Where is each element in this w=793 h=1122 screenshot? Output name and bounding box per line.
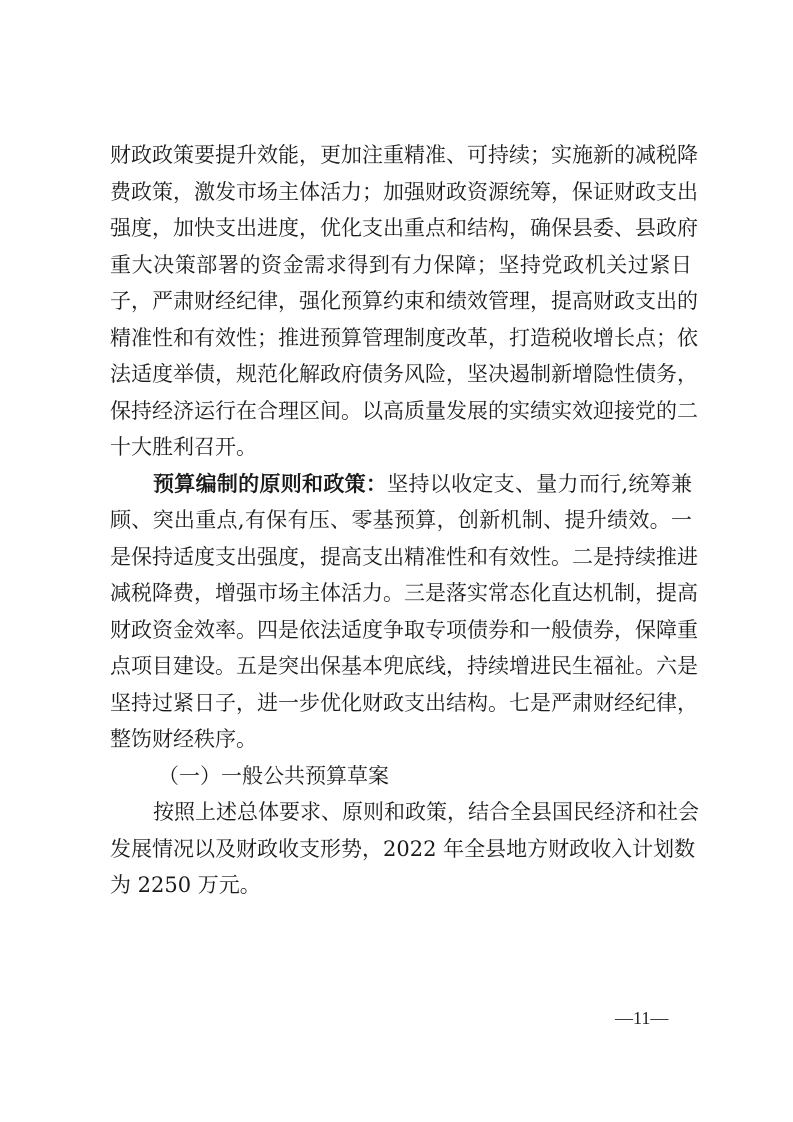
paragraph-fiscal-policy: 财政政策要提升效能，更加注重精准、可持续；实施新的减税降 费政策，激发市场主体活…	[110, 137, 692, 466]
text-line: 十大胜利召开。	[110, 429, 692, 466]
text-line: 减税降费，增强市场主体活力。三是落实常态化直达机制，提高	[110, 575, 692, 612]
text-line: 保持经济运行在合理区间。以高质量发展的实绩实效迎接党的二	[110, 393, 692, 430]
text-line: 按照上述总体要求、原则和政策，结合全县国民经济和社会	[110, 794, 692, 831]
text-line: 强度，加快支出进度，优化支出重点和结构，确保县委、县政府	[110, 210, 692, 247]
text-line: 顾、突出重点,有保有压、零基预算，创新机制、提升绩效。一	[110, 502, 692, 539]
text-line: 重大决策部署的资金需求得到有力保障；坚持党政机关过紧日	[110, 247, 692, 284]
page-number: —11—	[615, 1008, 668, 1029]
text-line: 发展情况以及财政收支形势，2022 年全县地方财政收入计划数	[110, 831, 692, 868]
text-line: 法适度举债，规范化解政府债务风险，坚决遏制新增隐性债务，	[110, 356, 692, 393]
text-line: 财政政策要提升效能，更加注重精准、可持续；实施新的减税降	[110, 137, 692, 174]
text-line: 坚持过紧日子，进一步优化财政支出结构。七是严肃财经纪律，	[110, 685, 692, 722]
text-line: 是保持适度支出强度，提高支出精准性和有效性。二是持续推进	[110, 539, 692, 576]
paragraph-general-budget: 按照上述总体要求、原则和政策，结合全县国民经济和社会 发展情况以及财政收支形势，…	[110, 794, 692, 904]
text-span: 坚持以收定支、量力而行,统筹兼	[387, 472, 692, 496]
text-line: 整饬财经秩序。	[110, 721, 692, 758]
text-line: 子，严肃财经纪律，强化预算约束和绩效管理，提高财政支出的	[110, 283, 692, 320]
document-page: 财政政策要提升效能，更加注重精准、可持续；实施新的减税降 费政策，激发市场主体活…	[110, 137, 692, 904]
text-line: 精准性和有效性；推进预算管理制度改革，打造税收增长点；依	[110, 320, 692, 357]
bold-lead-heading: 预算编制的原则和政策：	[153, 472, 387, 496]
section-heading: （一）一般公共预算草案	[110, 758, 692, 795]
text-line: 点项目建设。五是突出保基本兜底线，持续增进民生福祉。六是	[110, 648, 692, 685]
text-line-first: 预算编制的原则和政策：坚持以收定支、量力而行,统筹兼	[110, 466, 692, 503]
text-line: 费政策，激发市场主体活力；加强财政资源统筹，保证财政支出	[110, 174, 692, 211]
text-line: 财政资金效率。四是依法适度争取专项债券和一般债券，保障重	[110, 612, 692, 649]
paragraph-budget-principles: 预算编制的原则和政策：坚持以收定支、量力而行,统筹兼 顾、突出重点,有保有压、零…	[110, 466, 692, 758]
text-line: 为 2250 万元。	[110, 867, 692, 904]
